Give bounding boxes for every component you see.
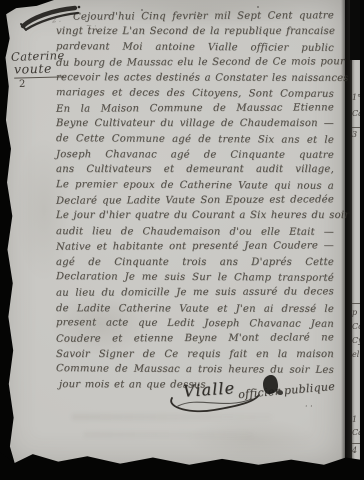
record-line: Joseph Chavanac agé de Cinquante quatre	[56, 147, 334, 163]
ink-blot	[263, 375, 278, 394]
record-text-block: Cejourd'hui Cinq fevrier mil Sept Cent q…	[56, 9, 334, 393]
scan-black-strip-right	[360, 0, 364, 480]
record-line: au lieu du domicille Je me suis assuré d…	[56, 284, 334, 301]
margin-note-name-line2: voute	[14, 60, 64, 78]
record-line: Le premier epoux de Catherine Vaute qui …	[56, 177, 334, 194]
adjacent-page-rule	[352, 443, 360, 444]
ink-showthrough	[84, 432, 254, 437]
record-line: du bourg de Maussac elu le Second de Ce …	[56, 54, 334, 71]
paraph-flourish-icon	[18, 3, 82, 33]
adjacent-page-rule	[352, 303, 360, 304]
record-line: Beyne Cultivateur du village de Chaudema…	[56, 116, 334, 131]
record-line: agé de Cinquante trois ans D'aprés Cette	[56, 255, 334, 270]
record-line: de Cette Commune agé de trente Six ans e…	[56, 131, 334, 148]
ink-blot	[277, 390, 283, 395]
record-line: En la Maison Commune de Maussac Etienne	[56, 100, 334, 117]
stray-mark: · ·	[305, 402, 313, 411]
record-line: ans Cultivateurs et demeurant audit vill…	[56, 162, 334, 177]
record-line: recevoir les actes destinés a Constater …	[56, 71, 334, 87]
record-line: Coudere et etienne Beyne M'ont declaré n…	[56, 330, 334, 347]
margin-note-entry-number: 2	[19, 79, 25, 90]
record-line: Le jour d'hier quatre du Courant a Six h…	[56, 208, 334, 223]
record-line: pardevant Moi antoine Vialle officier pu…	[56, 39, 334, 56]
adjacent-page-sliver	[352, 0, 360, 480]
record-line: mariages et deces des Citoyens, Sont Com…	[56, 85, 334, 102]
record-line: vingt treize L'an Second de la republiqu…	[56, 24, 334, 39]
record-line: Commune de Maussac a trois heures du soi…	[56, 361, 334, 378]
stray-mark: 2 .	[52, 16, 62, 25]
record-line: Native et habitante ont presenté Jean Co…	[56, 238, 334, 255]
record-line: Declaration Je me suis Sur le Champ tran…	[56, 269, 334, 286]
record-line: Savoir Signer de Ce requis fait en la ma…	[56, 347, 334, 362]
paper-stain	[185, 418, 315, 460]
record-line: de Ladite Catherine Vaute et J'en ai dre…	[56, 301, 334, 317]
adjacent-page-rule	[352, 127, 360, 128]
scanned-register-page: Cejourd'hui Cinq fevrier mil Sept Cent q…	[0, 0, 364, 480]
record-line: Declaré que Ladite Vaute Son Epouze est …	[56, 192, 334, 209]
record-line: Cejourd'hui Cinq fevrier mil Sept Cent q…	[56, 8, 334, 25]
stray-mark: ~ ·	[86, 22, 97, 31]
